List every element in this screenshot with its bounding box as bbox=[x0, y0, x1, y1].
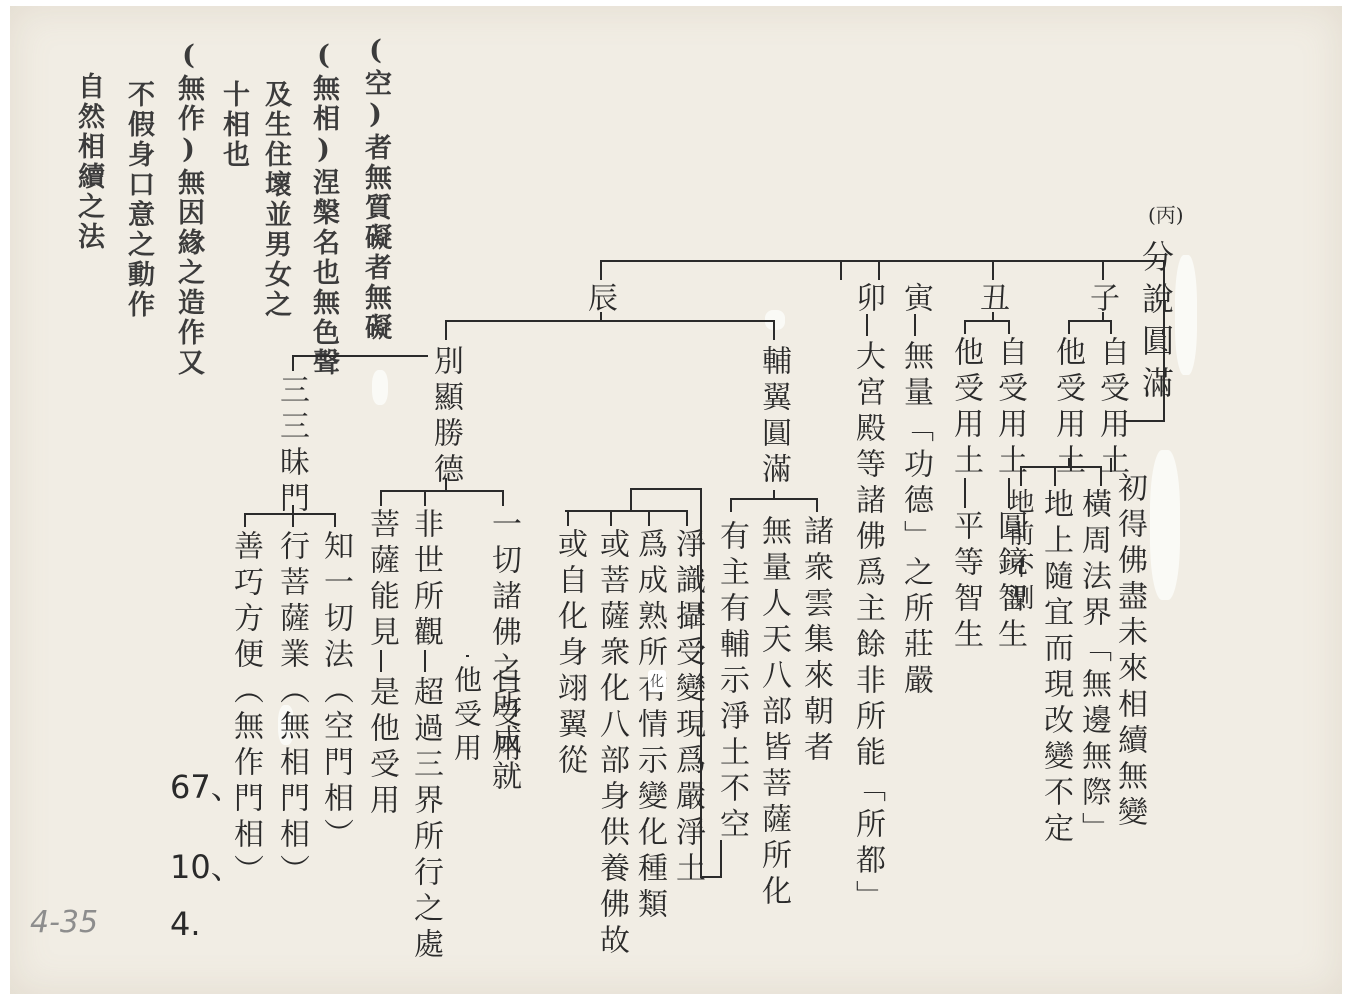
connector bbox=[1068, 320, 1112, 322]
chou-other-land: 他受用土 bbox=[950, 336, 980, 480]
connector bbox=[380, 650, 382, 672]
brush-note-7: 自然相續之法 bbox=[75, 72, 102, 252]
connector bbox=[730, 498, 816, 500]
inserted-correction: 化 bbox=[648, 670, 666, 692]
fuyi-item-2: 無量人天八部皆菩薩所化 bbox=[758, 515, 788, 911]
zi-other-desc-1: 橫周法界「無邊無際」 bbox=[1078, 488, 1108, 848]
connector bbox=[964, 320, 966, 334]
correction-stain bbox=[1175, 255, 1197, 375]
connector bbox=[380, 490, 382, 506]
connector bbox=[445, 320, 775, 322]
brush-note-5: (無作)無因緣之造作又 bbox=[175, 40, 202, 378]
branch-yin-label: 寅 bbox=[900, 282, 930, 318]
connector bbox=[334, 513, 336, 527]
correction-stain bbox=[1150, 450, 1180, 600]
sanmei-item-2: 行菩薩業（無相門相） bbox=[276, 530, 306, 890]
sanmei-item-3: 善巧方便（無作門相） bbox=[230, 530, 260, 890]
branch-zi-label: 子 bbox=[1086, 282, 1116, 318]
chou-self-desc: 圓鏡智生 bbox=[994, 510, 1024, 654]
connector bbox=[1110, 320, 1112, 334]
brush-note-6: 不假身口意之動作 bbox=[125, 80, 152, 320]
zi-other-desc-2: 地上隨宜而現改變不定 bbox=[1040, 488, 1070, 848]
connector bbox=[866, 314, 868, 336]
connector bbox=[466, 655, 469, 657]
sanmei-node: 三三昧門 bbox=[276, 374, 306, 518]
connector bbox=[1068, 320, 1070, 334]
connector bbox=[1008, 478, 1010, 508]
fuyi-node: 輔翼圓滿 bbox=[758, 345, 788, 489]
connector bbox=[1100, 466, 1102, 486]
chou-self-land: 自受用土 bbox=[994, 336, 1024, 480]
biexian-item-1-self: 自受用 bbox=[492, 665, 520, 767]
connector bbox=[730, 498, 732, 512]
connector bbox=[610, 510, 612, 526]
chou-other-desc: 平等智生 bbox=[950, 510, 980, 654]
biexian-node: 別顯勝德 bbox=[430, 345, 460, 489]
connector bbox=[244, 513, 334, 515]
correction-stain bbox=[372, 370, 388, 405]
date-month: 10、 bbox=[170, 842, 243, 888]
biexian-item-1-other: 他受用 bbox=[452, 665, 480, 767]
connector bbox=[1054, 466, 1056, 486]
connector bbox=[1102, 260, 1104, 280]
connector bbox=[565, 510, 687, 512]
connector bbox=[567, 510, 569, 526]
fuyi-item-1: 諸衆雲集來朝者 bbox=[800, 515, 830, 767]
connector bbox=[380, 490, 504, 492]
connector bbox=[292, 355, 294, 371]
brush-note-1: (空)者無質礙者無礙 bbox=[362, 35, 389, 343]
connector bbox=[964, 320, 1010, 322]
brush-note-3: 及生住壞並男女之 bbox=[262, 80, 289, 320]
connector bbox=[600, 260, 602, 280]
connector bbox=[816, 498, 818, 512]
connector bbox=[992, 260, 994, 280]
biexian-item-2-desc: 超過三界所行之處 bbox=[410, 676, 440, 964]
yin-desc: 無量「功德」之所莊嚴 bbox=[900, 340, 930, 700]
brush-note-2: (無相)涅槃名也無色聲 bbox=[310, 40, 337, 378]
connector bbox=[686, 510, 688, 526]
date-day: 4. bbox=[170, 905, 201, 943]
connector bbox=[840, 260, 842, 280]
connector bbox=[773, 320, 775, 340]
connector bbox=[244, 513, 246, 527]
connector bbox=[502, 490, 504, 506]
root-bracket bbox=[1125, 260, 1165, 422]
connector bbox=[424, 490, 426, 506]
connector bbox=[630, 488, 632, 510]
biexian-item-2: 非世所觀 bbox=[410, 508, 440, 652]
sanmei-item-1: 知一切法（空門相） bbox=[320, 530, 350, 854]
connector bbox=[1110, 458, 1112, 472]
fuyi-item-3: 有主有輔示淨土不空 bbox=[716, 520, 746, 844]
connector bbox=[1008, 320, 1010, 334]
connector bbox=[292, 513, 294, 527]
connector bbox=[630, 488, 700, 490]
mao-desc: 大宮殿等諸佛爲主餘非所能「所都」 bbox=[852, 340, 882, 916]
fuyi-item-6: 或菩薩衆化八部身供養佛故 bbox=[596, 528, 626, 960]
branch-mao-label: 卯 bbox=[852, 282, 882, 318]
zi-self-desc: 初得佛盡未來相續無變 bbox=[1114, 472, 1144, 832]
connector bbox=[424, 650, 426, 672]
branch-chen-label: 辰 bbox=[584, 282, 614, 318]
fuyi-item-7: 或自化身翊翼從 bbox=[554, 528, 584, 780]
fuyi-item-5: 爲成熟所有情示變化種類 bbox=[634, 528, 664, 924]
branch-chou-label: 丑 bbox=[976, 282, 1006, 318]
zi-other-land: 他受用土 bbox=[1052, 336, 1082, 480]
biexian-item-3-desc: 是他受用 bbox=[366, 676, 396, 820]
connector bbox=[964, 478, 966, 508]
brush-note-4: 十相也 bbox=[220, 80, 247, 170]
pencil-catalog-number: 4-35 bbox=[30, 905, 98, 940]
connector bbox=[720, 840, 722, 878]
connector bbox=[1020, 466, 1102, 468]
connector bbox=[445, 320, 447, 340]
connector bbox=[878, 260, 880, 280]
connector bbox=[292, 355, 428, 357]
main-branch-line bbox=[600, 260, 1127, 262]
connector bbox=[914, 314, 916, 336]
fuyi-item-4: 淨識攝受變現爲嚴淨土 bbox=[672, 528, 702, 888]
biexian-item-3: 菩薩能見 bbox=[366, 508, 396, 652]
connector bbox=[648, 510, 650, 526]
date-year: 67、 bbox=[170, 762, 243, 808]
section-marker: (丙) bbox=[1148, 205, 1184, 225]
